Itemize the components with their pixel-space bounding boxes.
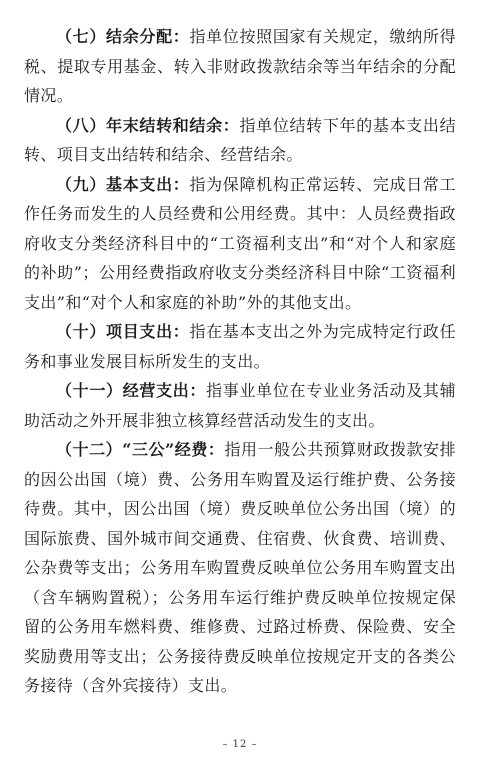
paragraph-item-11: （十一）经营支出：指事业单位在专业业务活动及其辅助活动之外开展非独立核算经营活动… [24, 376, 456, 435]
paragraph-item-12: （十二）“三公”经费：指用一般公共预算财政拨款安排的因公出国（境）费、公务用车购… [24, 435, 456, 701]
paragraph-item-10: （十）项目支出：指在基本支出之外为完成特定行政任务和事业发展目标所发生的支出。 [24, 317, 456, 376]
paragraph-heading: （十一）经营支出： [56, 381, 206, 400]
paragraph-body: 指用一般公共预算财政拨款安排的因公出国（境）费、公务用车购置及运行维护费、公务接… [24, 440, 456, 695]
paragraph-heading: （十）项目支出： [56, 322, 189, 341]
paragraph-heading: （十二）“三公”经费： [56, 440, 224, 459]
paragraph-heading: （七）结余分配： [56, 27, 189, 46]
paragraph-item-9: （九）基本支出：指为保障机构正常运转、完成日常工作任务而发生的人员经费和公用经费… [24, 170, 456, 318]
paragraph-heading: （八）年末结转和结余： [56, 116, 239, 135]
page-number: – 12 – [0, 739, 480, 750]
paragraph-item-7: （七）结余分配：指单位按照国家有关规定，缴纳所得税、提取专用基金、转入非财政拨款… [24, 22, 456, 111]
paragraph-item-8: （八）年末结转和结余：指单位结转下年的基本支出结转、项目支出结转和结余、经营结余… [24, 111, 456, 170]
paragraph-body: 指为保障机构正常运转、完成日常工作任务而发生的人员经费和公用经费。其中：人员经费… [24, 175, 456, 312]
document-page: （七）结余分配：指单位按照国家有关规定，缴纳所得税、提取专用基金、转入非财政拨款… [24, 22, 456, 701]
paragraph-heading: （九）基本支出： [56, 175, 189, 194]
